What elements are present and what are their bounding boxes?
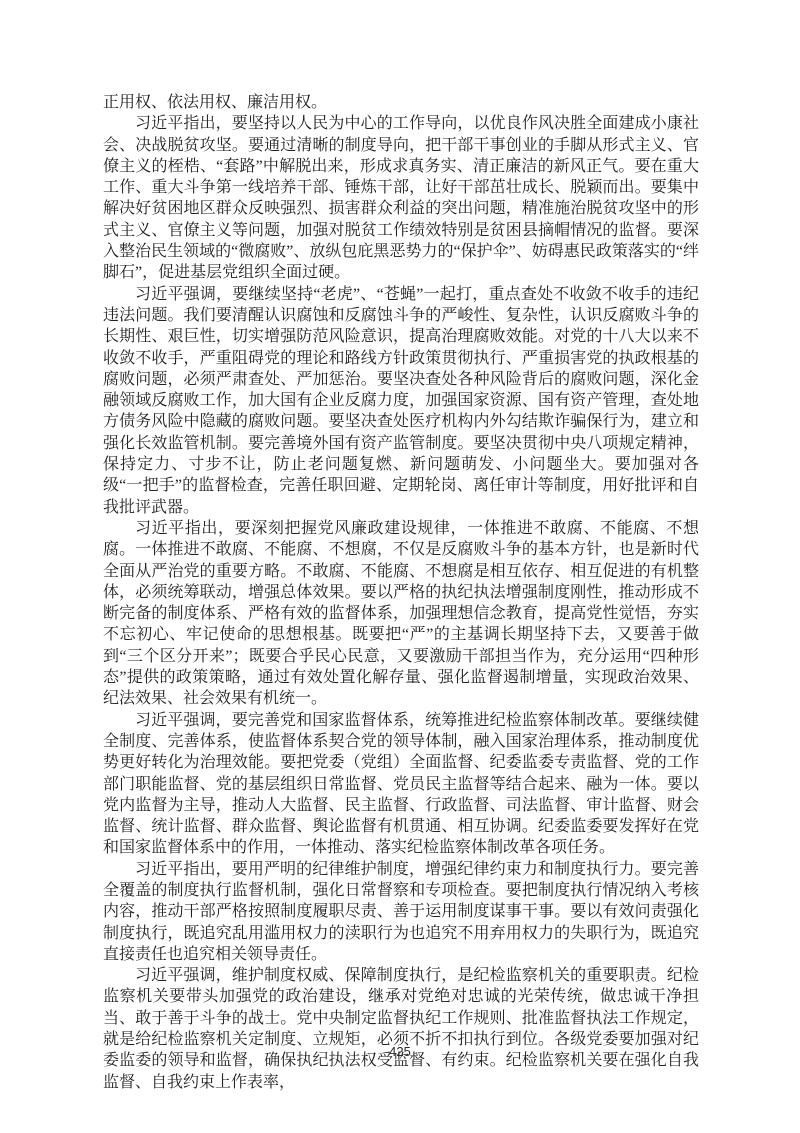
paragraph: 习近平强调，维护制度权威、保障制度执行，是纪检监察机关的重要职责。纪检监察机关要… [103,965,699,1093]
paragraph-continuation: 正用权、依法用权、廉洁用权。 [103,92,699,113]
paragraph: 习近平指出，要深刻把握党风廉政建设规律，一体推进不敢腐、不能腐、不想腐。一体推进… [103,518,699,710]
paragraph: 习近平指出，要坚持以人民为中心的工作导向，以优良作风决胜全面建成小康社会、决战脱… [103,113,699,283]
paragraph: 习近平强调，要继续坚持“老虎”、“苍蝇”一起打，重点查处不收敛不收手的违纪违法问… [103,284,699,518]
document-body: 正用权、依法用权、廉洁用权。 习近平指出，要坚持以人民为中心的工作导向，以优良作… [103,92,699,1093]
page-number: 425 [0,1044,800,1059]
document-page: 正用权、依法用权、廉洁用权。 习近平指出，要坚持以人民为中心的工作导向，以优良作… [0,0,800,1133]
paragraph: 习近平强调，要完善党和国家监督体系，统筹推进纪检监察体制改革。要继续健全制度、完… [103,710,699,859]
paragraph: 习近平指出，要用严明的纪律维护制度，增强纪律约束力和制度执行力。要完善全覆盖的制… [103,859,699,965]
